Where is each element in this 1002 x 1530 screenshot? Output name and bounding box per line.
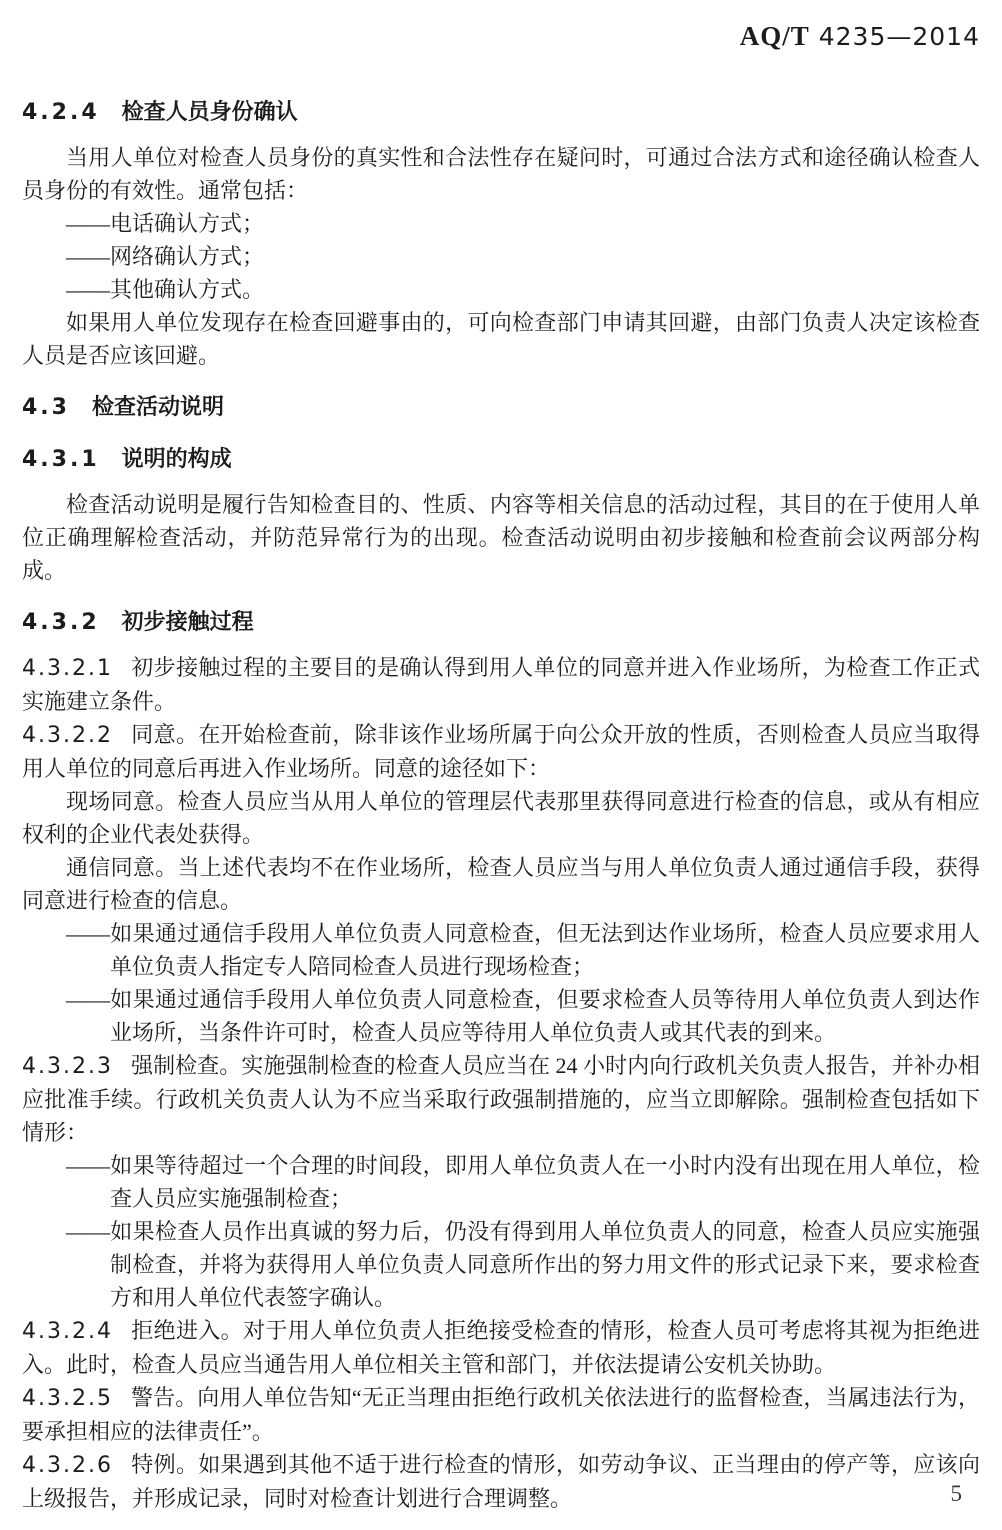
- clause-text: 特例。如果遇到其他不适于进行检查的情形，如劳动争议、正当理由的停产等，应该向上级…: [22, 1452, 980, 1511]
- document-page: AQ/T4235—2014 4.2.4检查人员身份确认 当用人单位对检查人员身份…: [0, 0, 1002, 1515]
- clause-paragraph-4-3-2-1: 4.3.2.1初步接触过程的主要目的是确认得到用人单位的同意并进入作业场所，为检…: [22, 651, 980, 718]
- list-item: ——电话确认方式；: [22, 207, 980, 240]
- dash-list: ——电话确认方式； ——网络确认方式； ——其他确认方式。: [22, 207, 980, 306]
- clause-number: 4.3.2.1: [22, 656, 113, 681]
- heading-number: 4.2.4: [22, 100, 100, 125]
- clause-text: 拒绝进入。对于用人单位负责人拒绝接受检查的情形，检查人员可考虑将其视为拒绝进入。…: [22, 1318, 980, 1377]
- heading-number: 4.3.2: [22, 610, 100, 635]
- page-number: 5: [951, 1481, 963, 1507]
- section-heading-4-3: 4.3检查活动说明: [22, 390, 980, 424]
- clause-number: 4.3.2.6: [22, 1453, 113, 1478]
- dash-list: ——如果通过通信手段用人单位负责人同意检查，但无法到达作业场所，检查人员应要求用…: [22, 917, 980, 1049]
- heading-title: 检查活动说明: [92, 394, 224, 419]
- standard-code-number: 4235—2014: [819, 22, 980, 51]
- clause-number: 4.3.2.2: [22, 723, 113, 748]
- list-item: ——如果等待超过一个合理的时间段，即用人单位负责人在一小时内没有出现在用人单位，…: [22, 1149, 980, 1215]
- clause-paragraph-4-3-2-2: 4.3.2.2同意。在开始检查前，除非该作业场所属于向公众开放的性质，否则检查人…: [22, 718, 980, 785]
- clause-text: 初步接触过程的主要目的是确认得到用人单位的同意并进入作业场所，为检查工作正式实施…: [22, 655, 980, 714]
- heading-title: 初步接触过程: [122, 609, 254, 634]
- section-heading-4-3-2: 4.3.2初步接触过程: [22, 605, 980, 639]
- clause-number: 4.3.2.3: [22, 1054, 113, 1079]
- heading-title: 说明的构成: [122, 446, 232, 471]
- list-item: ——如果通过通信手段用人单位负责人同意检查，但无法到达作业场所，检查人员应要求用…: [22, 917, 980, 983]
- clause-text: 强制检查。实施强制检查的检查人员应当在 24 小时内向行政机关负责人报告，并补办…: [22, 1053, 980, 1145]
- list-item: ——其他确认方式。: [22, 273, 980, 306]
- clause-text: 同意。在开始检查前，除非该作业场所属于向公众开放的性质，否则检查人员应当取得用人…: [22, 722, 980, 781]
- section-heading-4-3-1: 4.3.1说明的构成: [22, 442, 980, 476]
- clause-paragraph-4-3-2-5: 4.3.2.5警告。向用人单位告知“无正当理由拒绝行政机关依法进行的监督检查，当…: [22, 1381, 980, 1448]
- list-item: ——如果检查人员作出真诚的努力后，仍没有得到用人单位负责人的同意，检查人员应实施…: [22, 1215, 980, 1314]
- document-header: AQ/T4235—2014: [22, 20, 980, 55]
- paragraph: 通信同意。当上述代表均不在作业场所，检查人员应当与用人单位负责人通过通信手段，获…: [22, 851, 980, 917]
- paragraph: 检查活动说明是履行告知检查目的、性质、内容等相关信息的活动过程，其目的在于使用人…: [22, 488, 980, 587]
- section-heading-4-2-4: 4.2.4检查人员身份确认: [22, 95, 980, 129]
- list-item: ——如果通过通信手段用人单位负责人同意检查，但要求检查人员等待用人单位负责人到达…: [22, 983, 980, 1049]
- clause-number: 4.3.2.5: [22, 1386, 113, 1411]
- heading-title: 检查人员身份确认: [122, 99, 298, 124]
- dash-list: ——如果等待超过一个合理的时间段，即用人单位负责人在一小时内没有出现在用人单位，…: [22, 1149, 980, 1314]
- paragraph: 如果用人单位发现存在检查回避事由的，可向检查部门申请其回避，由部门负责人决定该检…: [22, 306, 980, 372]
- clause-paragraph-4-3-2-3: 4.3.2.3强制检查。实施强制检查的检查人员应当在 24 小时内向行政机关负责…: [22, 1049, 980, 1149]
- clause-text: 警告。向用人单位告知“无正当理由拒绝行政机关依法进行的监督检查，当属违法行为，要…: [22, 1385, 980, 1444]
- standard-code-prefix: AQ/T: [740, 21, 810, 51]
- paragraph: 当用人单位对检查人员身份的真实性和合法性存在疑问时，可通过合法方式和途径确认检查…: [22, 141, 980, 207]
- heading-number: 4.3: [22, 395, 70, 420]
- clause-number: 4.3.2.4: [22, 1319, 113, 1344]
- list-item: ——网络确认方式；: [22, 240, 980, 273]
- clause-paragraph-4-3-2-4: 4.3.2.4拒绝进入。对于用人单位负责人拒绝接受检查的情形，检查人员可考虑将其…: [22, 1314, 980, 1381]
- heading-number: 4.3.1: [22, 447, 100, 472]
- paragraph: 现场同意。检查人员应当从用人单位的管理层代表那里获得同意进行检查的信息，或从有相…: [22, 785, 980, 851]
- clause-paragraph-4-3-2-6: 4.3.2.6特例。如果遇到其他不适于进行检查的情形，如劳动争议、正当理由的停产…: [22, 1448, 980, 1515]
